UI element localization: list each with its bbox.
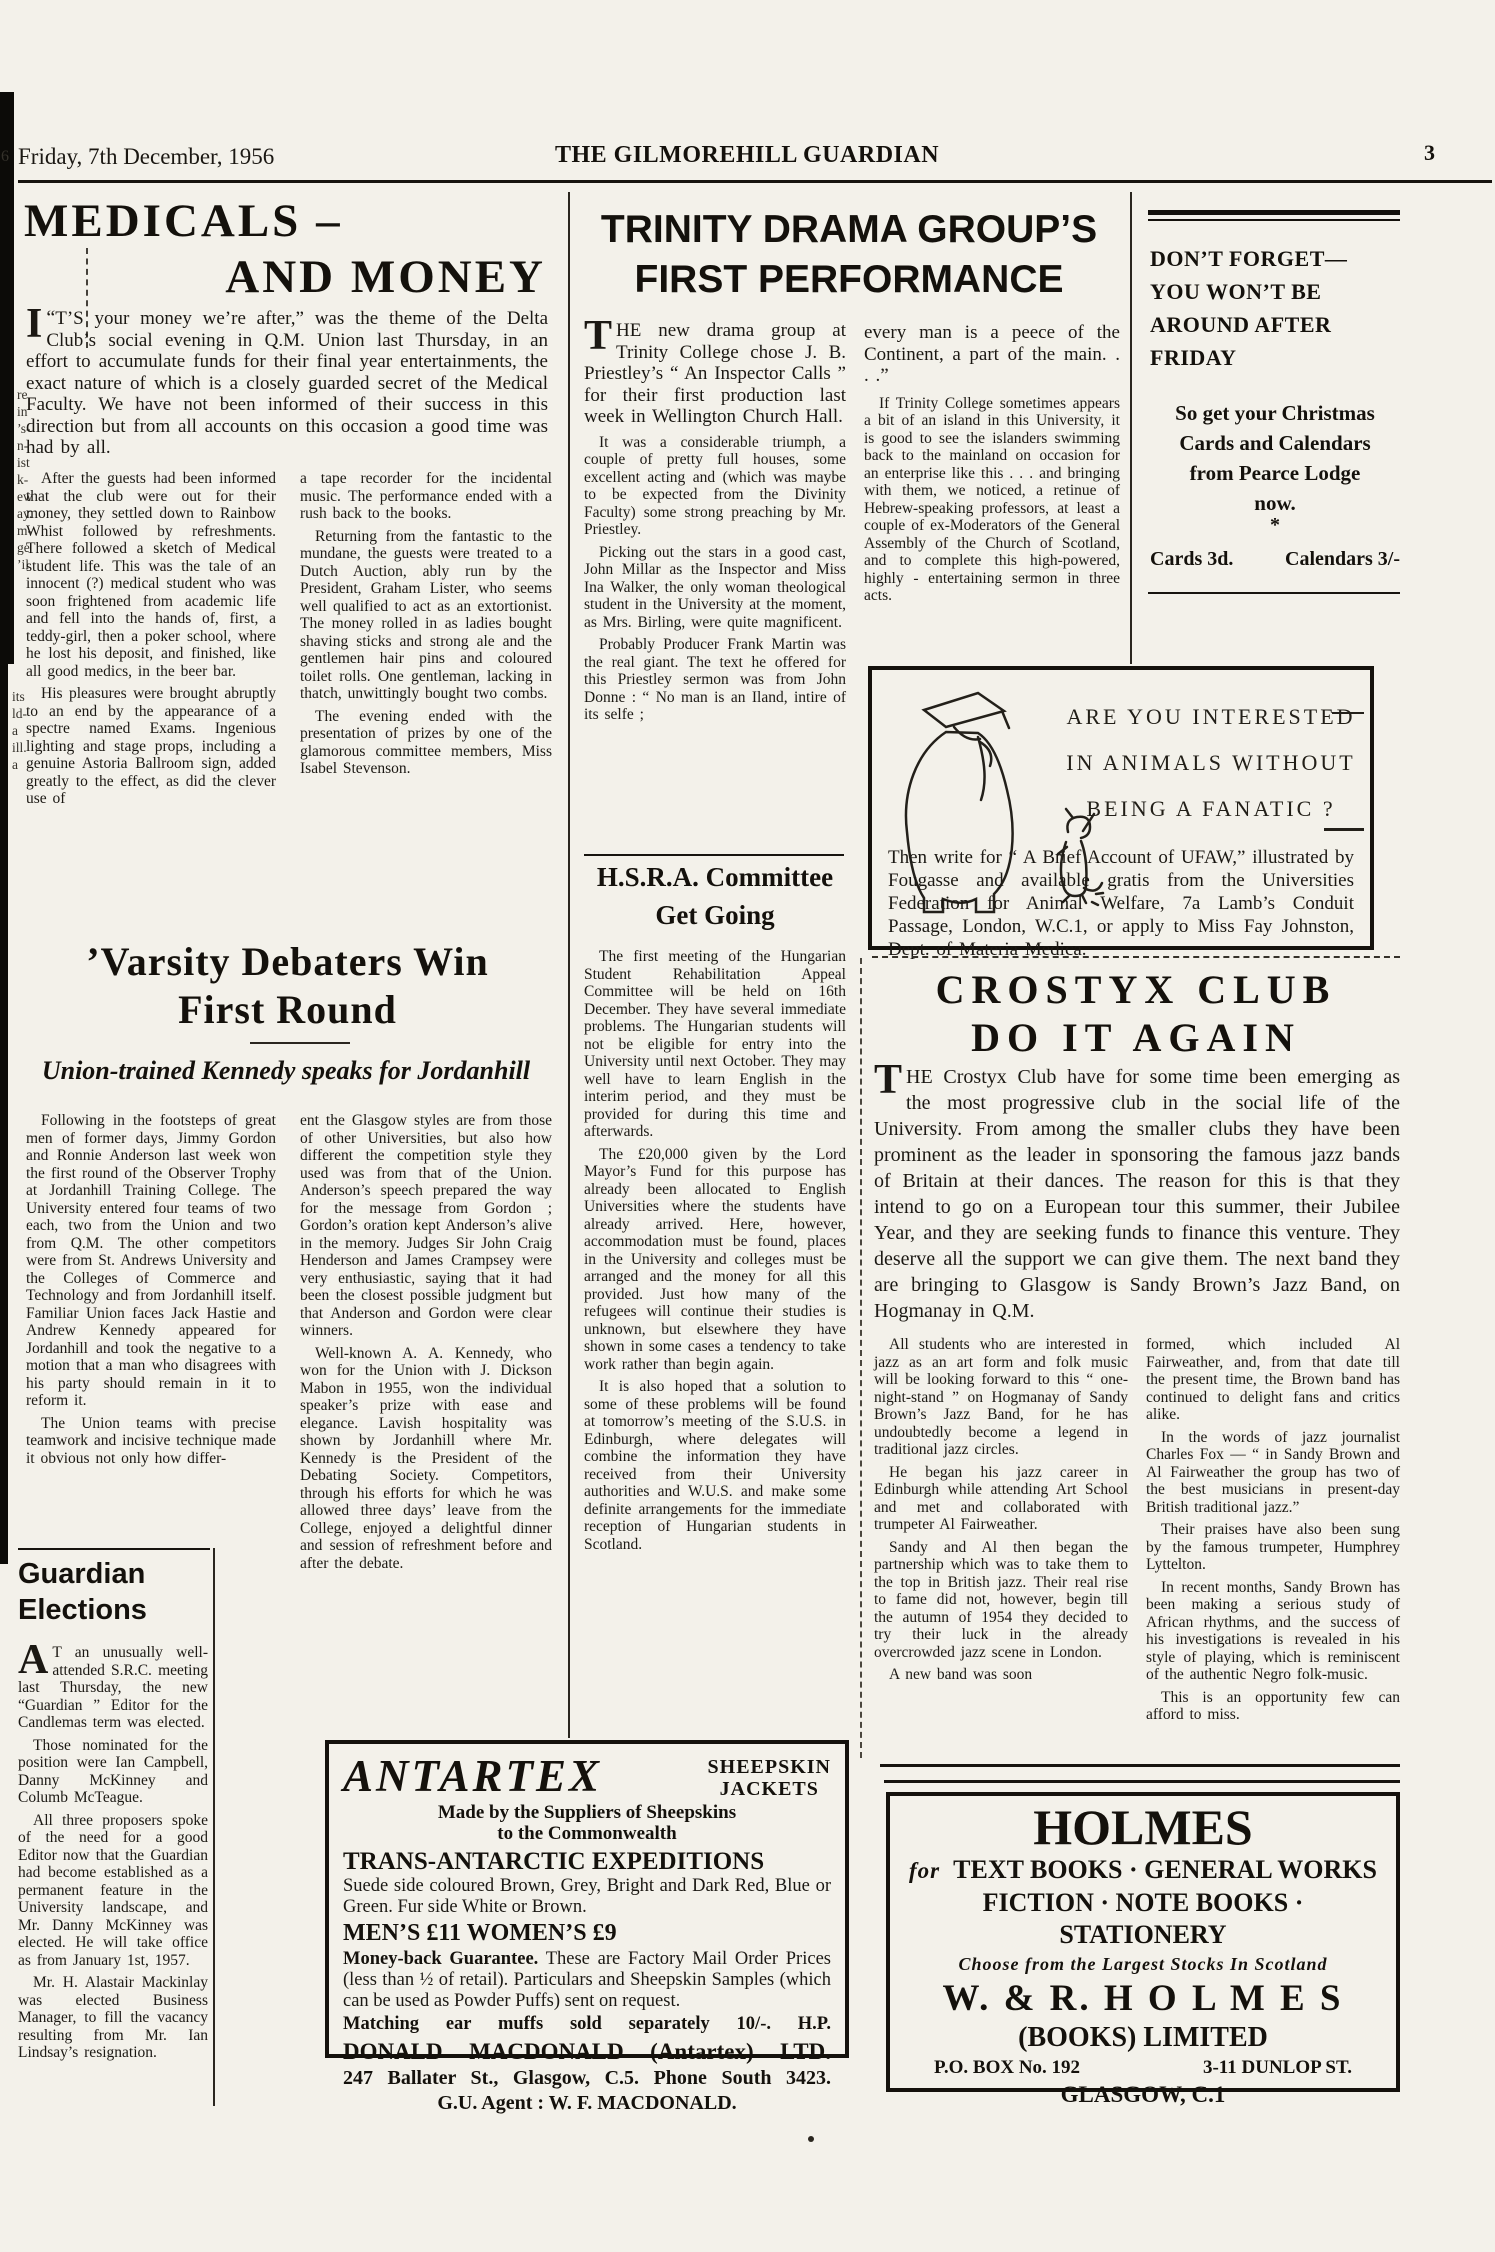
paragraph: Those nominated for the position were Ia… xyxy=(18,1737,208,1807)
paragraph: It was a considerable triumph, a couple … xyxy=(584,434,846,539)
paragraph: His pleasures were brought abruptly to a… xyxy=(26,685,276,808)
masthead-date: Friday, 7th December, 1956 xyxy=(18,144,274,170)
holmes-city: GLASGOW, C.1 xyxy=(898,2081,1388,2109)
ufaw-body: Then write for “ A Brief Account of UFAW… xyxy=(888,846,1354,961)
crostyx-col-2: formed, which included Al Fairweather, a… xyxy=(1146,1336,1400,1729)
guardian-headline-1: Guardian xyxy=(18,1558,145,1591)
varsity-col-1: Following in the footsteps of great men … xyxy=(26,1112,276,1472)
margin-fragment: a xyxy=(12,756,27,773)
tagline-line: JACKETS xyxy=(708,1778,831,1800)
paragraph: The first meeting of the Hungarian Stude… xyxy=(584,948,846,1141)
masthead-title: THE GILMOREHILL GUARDIAN xyxy=(397,142,1097,169)
holmes-street: 3-11 DUNLOP ST. xyxy=(1203,2055,1352,2081)
header-rule xyxy=(18,180,1492,183)
rule-fragment xyxy=(1324,828,1364,831)
ad-top-rule xyxy=(884,1780,1400,1783)
guardian-headline-2: Elections xyxy=(18,1594,147,1627)
paragraph: All students who are interested in jazz … xyxy=(874,1336,1128,1459)
newspaper-page: 6 re in ’s- n- ist k- ew ay. m- ge ’il i… xyxy=(0,0,1495,2252)
guarantee-label: Money-back Guarantee. xyxy=(343,1949,538,1969)
antartex-body-1: Suede side coloured Brown, Grey, Bright … xyxy=(343,1876,831,1918)
for-label: for xyxy=(909,1858,940,1883)
holmes-books-ltd: (BOOKS) LIMITED xyxy=(898,2021,1388,2055)
calendars-price: Calendars 3/- xyxy=(1285,548,1400,571)
ornament-asterisk: * xyxy=(1150,514,1400,537)
crostyx-lead: THE Crostyx Club have for some time been… xyxy=(874,1064,1400,1324)
headline-rule xyxy=(250,1042,350,1044)
scan-edge-bar-lower xyxy=(0,664,8,1564)
antartex-heading: TRANS-ANTARCTIC EXPEDITIONS xyxy=(343,1848,831,1876)
trinity-col-2-body: If Trinity College sometimes appears a b… xyxy=(864,395,1120,605)
notice-line: Cards and Calendars xyxy=(1150,428,1400,458)
paragraph: ent the Glasgow styles are from those of… xyxy=(300,1112,552,1340)
paragraph: Probably Producer Frank Martin was the r… xyxy=(584,636,846,724)
paragraph: The Union teams with precise teamwork an… xyxy=(26,1415,276,1468)
ad-holmes: HOLMES for TEXT BOOKS · GENERAL WORKS FI… xyxy=(886,1792,1400,2092)
hsra-headline-2: Get Going xyxy=(584,900,846,931)
dont-forget-lines: DON’T FORGET— YOU WON’T BE AROUND AFTER … xyxy=(1150,242,1400,374)
trinity-col-1-body: It was a considerable triumph, a couple … xyxy=(584,434,846,724)
paragraph: Well-known A. A. Kennedy, who won for th… xyxy=(300,1345,552,1573)
margin-fragment: ld- xyxy=(12,705,27,722)
crostyx-col-1: All students who are interested in jazz … xyxy=(874,1336,1128,1689)
paragraph: Returning from the fantastic to the mund… xyxy=(300,528,552,703)
paragraph: a tape recorder for the incidental music… xyxy=(300,470,552,523)
double-rule xyxy=(1148,210,1400,221)
medicals-lead: “IT’S your money we’re after,” was the t… xyxy=(26,308,548,459)
antartex-brand: ANTARTEX xyxy=(343,1752,602,1800)
holmes-pobox: P.O. BOX No. 192 xyxy=(934,2055,1080,2081)
margin-fragment: its xyxy=(12,688,27,705)
trinity-lead: THE new drama group at Trinity College c… xyxy=(584,320,846,428)
section-rule-dashed xyxy=(872,956,1400,958)
ufaw-headline-3: BEING A FANATIC ? xyxy=(1060,796,1362,822)
trinity-col2-lead: every man is a peece of the Continent, a… xyxy=(864,322,1120,387)
crostyx-headline-2: DO IT AGAIN xyxy=(872,1014,1400,1061)
paragraph: After the guests had been informed that … xyxy=(26,470,276,680)
paragraph: In recent months, Sandy Brown has been m… xyxy=(1146,1579,1400,1684)
antartex-agent: G.U. Agent : W. F. MACDONALD. xyxy=(343,2092,831,2115)
page-number: 3 xyxy=(1424,140,1435,166)
paragraph: All three proposers spoke of the need fo… xyxy=(18,1812,208,1970)
varsity-col-2: ent the Glasgow styles are from those of… xyxy=(300,1112,552,1577)
drop-cap: I xyxy=(26,308,46,341)
trinity-headline-2: FIRST PERFORMANCE xyxy=(575,258,1123,302)
ad-antartex: ANTARTEX SHEEPSKIN JACKETS Made by the S… xyxy=(325,1740,849,2058)
notice-line: AROUND AFTER xyxy=(1150,308,1400,341)
section-rule xyxy=(584,854,844,856)
drop-cap: T xyxy=(874,1064,906,1097)
dont-forget-prices: Cards 3d. Calendars 3/- xyxy=(1150,548,1400,571)
medicals-lead-text: T’S your money we’re after,” was the the… xyxy=(26,308,548,458)
crostyx-headline-1: CROSTYX CLUB xyxy=(872,966,1400,1013)
antartex-company: DONALD MACDONALD (Antartex) LTD. xyxy=(343,2039,831,2065)
trinity-lead-text: HE new drama group at Trinity College ch… xyxy=(584,320,846,427)
antartex-sub-1: Made by the Suppliers of Sheepskins xyxy=(343,1802,831,1823)
varsity-headline-2: First Round xyxy=(20,986,555,1033)
paragraph: Sandy and Al then began the partnership … xyxy=(874,1539,1128,1662)
paragraph: Mr. H. Alastair Mackinlay was elected Bu… xyxy=(18,1974,208,2062)
margin-fragment: a xyxy=(12,722,27,739)
trinity-col-1: THE new drama group at Trinity College c… xyxy=(584,320,846,729)
notice-bottom-rule xyxy=(1148,592,1400,594)
column-rule-left xyxy=(568,192,570,1738)
drop-cap: T xyxy=(584,320,616,353)
dont-forget-body: So get your Christmas Cards and Calendar… xyxy=(1150,398,1400,518)
holmes-brand: HOLMES xyxy=(898,1800,1388,1854)
varsity-subhead: Union-trained Kennedy speaks for Jordanh… xyxy=(16,1056,556,1086)
trinity-col-2: every man is a peece of the Continent, a… xyxy=(864,322,1120,610)
trinity-headline-1: TRINITY DRAMA GROUP’S xyxy=(575,208,1123,252)
paragraph: Following in the footsteps of great men … xyxy=(26,1112,276,1410)
medicals-col-2: a tape recorder for the incidental music… xyxy=(300,470,552,783)
cards-price: Cards 3d. xyxy=(1150,548,1233,571)
hsra-headline-1: H.S.R.A. Committee xyxy=(584,862,846,893)
notice-line: DON’T FORGET— xyxy=(1150,242,1400,275)
paragraph: It is also hoped that a solution to some… xyxy=(584,1378,846,1553)
margin-fragments-2: its ld- a ill. a xyxy=(12,688,27,773)
medicals-headline-1: MEDICALS – xyxy=(24,194,343,248)
notice-line: from Pearce Lodge xyxy=(1150,458,1400,488)
paragraph: formed, which included Al Fairweather, a… xyxy=(1146,1336,1400,1424)
open-quote: “ xyxy=(46,307,55,329)
antartex-body-3: Matching ear muffs sold separately 10/-.… xyxy=(343,2014,831,2035)
ufaw-headline-1: ARE YOU INTERESTED xyxy=(1060,704,1362,730)
margin-fragment: 6 xyxy=(1,148,9,165)
holmes-tagline: Choose from the Largest Stocks In Scotla… xyxy=(898,1951,1388,1977)
paragraph: Picking out the stars in a good cast, Jo… xyxy=(584,544,846,632)
crostyx-lead-text: HE Crostyx Club have for some time been … xyxy=(874,1066,1400,1322)
hsra-body: The first meeting of the Hungarian Stude… xyxy=(584,948,846,1558)
holmes-line-1-text: TEXT BOOKS · GENERAL WORKS xyxy=(953,1855,1377,1884)
paragraph: The £20,000 given by the Lord Mayor’s Fu… xyxy=(584,1146,846,1374)
tagline-line: SHEEPSKIN xyxy=(708,1756,831,1778)
drop-cap: A xyxy=(18,1644,52,1677)
antartex-header: ANTARTEX SHEEPSKIN JACKETS xyxy=(343,1752,831,1800)
column-rule-right xyxy=(1130,192,1132,664)
section-rule xyxy=(18,1548,210,1550)
paragraph: The evening ended with the presentation … xyxy=(300,708,552,778)
ad-ufaw: ARE YOU INTERESTED IN ANIMALS WITHOUT BE… xyxy=(868,666,1374,950)
ufaw-headline-2: IN ANIMALS WITHOUT xyxy=(1060,750,1362,776)
paragraph: A new band was soon xyxy=(874,1666,1128,1684)
notice-line: FRIDAY xyxy=(1150,341,1400,374)
scan-edge-bar xyxy=(0,92,14,664)
rule-fragment xyxy=(1332,712,1364,714)
antartex-body-2: Money-back Guarantee. These are Factory … xyxy=(343,1949,831,2012)
margin-fragment: ill. xyxy=(12,739,27,756)
medicals-headline-2: AND MONEY xyxy=(24,250,546,304)
paragraph: This is an opportunity few can afford to… xyxy=(1146,1689,1400,1724)
medicals-col-1: After the guests had been informed that … xyxy=(26,470,276,813)
notice-line: So get your Christmas xyxy=(1150,398,1400,428)
column-rule-dashed xyxy=(860,958,862,1758)
paragraph: If Trinity College sometimes appears a b… xyxy=(864,395,1120,605)
holmes-address-row: P.O. BOX No. 192 3-11 DUNLOP ST. xyxy=(898,2055,1388,2081)
paragraph: In the words of jazz journalist Charles … xyxy=(1146,1429,1400,1517)
notice-line: YOU WON’T BE xyxy=(1150,275,1400,308)
guardian-body: AT an unusually well-attended S.R.C. mee… xyxy=(18,1644,208,2067)
holmes-name: W. & R. H O L M E S xyxy=(898,1977,1388,2021)
paragraph: He began his jazz career in Edinburgh wh… xyxy=(874,1464,1128,1534)
antartex-sub-2: to the Commonwealth xyxy=(343,1823,831,1844)
holmes-line-1: for TEXT BOOKS · GENERAL WORKS xyxy=(898,1854,1388,1887)
holmes-line-2: FICTION · NOTE BOOKS · STATIONERY xyxy=(898,1887,1388,1951)
antartex-prices: MEN’S £11 WOMEN’S £9 xyxy=(343,1920,831,1947)
paragraph: Their praises have also been sung by the… xyxy=(1146,1521,1400,1574)
article-bottom-rule xyxy=(880,1764,1400,1767)
column-rule-guardian xyxy=(213,1548,215,2106)
antartex-tagline: SHEEPSKIN JACKETS xyxy=(708,1756,831,1800)
antartex-address: 247 Ballater St., Glasgow, C.5. Phone So… xyxy=(343,2067,831,2090)
varsity-headline-1: ’Varsity Debaters Win xyxy=(20,938,555,985)
guardian-lead: AT an unusually well-attended S.R.C. mee… xyxy=(18,1644,208,1732)
ink-speck xyxy=(808,2136,814,2142)
